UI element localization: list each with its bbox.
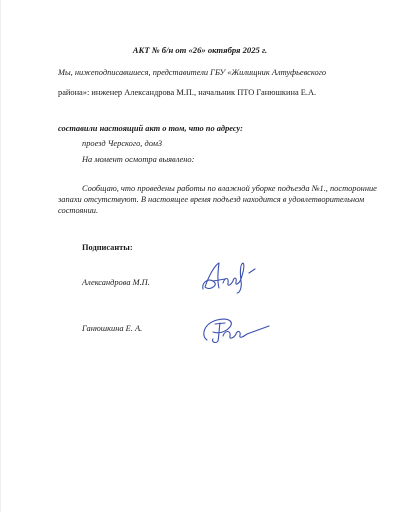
signers-label: Подписанты: — [82, 243, 133, 253]
act-title: АКТ № б/н от «26» октября 2025 г. — [1, 45, 398, 55]
findings-paragraph: Сообщаю, что проведены работы по влажной… — [58, 183, 378, 216]
intro-line-2: района»: инженер Александрова М.П., нача… — [58, 88, 316, 98]
signature-icon — [199, 255, 259, 297]
composed-statement: составили настоящий акт о том, что по ад… — [58, 124, 243, 134]
intro-line-1: Мы, нижеподписавшиеся, представители ГБУ… — [58, 68, 326, 78]
signature-icon — [199, 314, 271, 346]
inspection-found-label: На момент осмотра выявлено: — [82, 155, 194, 165]
document-page: АКТ № б/н от «26» октября 2025 г. Мы, ни… — [0, 0, 398, 512]
signer-name-2: Ганюшкина Е. А. — [82, 324, 142, 334]
signer-name-1: Александрова М.П. — [82, 278, 150, 288]
address: проезд Черского, дом3 — [82, 139, 162, 149]
